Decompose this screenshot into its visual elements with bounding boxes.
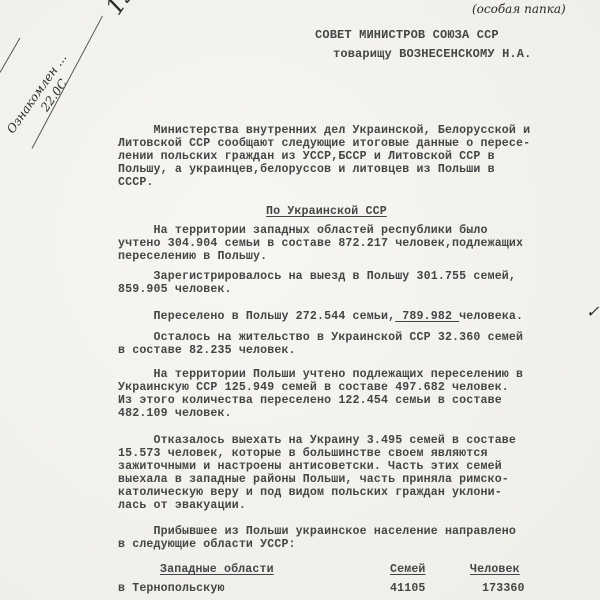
table-cell-people: 173360 bbox=[482, 582, 525, 595]
section-title: По Украинской ССР bbox=[266, 205, 387, 218]
intro-line: Литовской ССР сообщают следующие итоговы… bbox=[118, 137, 530, 150]
paragraph-line: в следующие области УССР: bbox=[118, 538, 296, 551]
table-cell-region: в Тернопольскую bbox=[118, 582, 225, 595]
checkmark-icon: ✓ bbox=[586, 302, 599, 321]
paragraph-line: выехала в западные районы Польши, часть … bbox=[118, 473, 509, 486]
paragraph-line-resettled: Переселено в Польшу 272.544 семьи, 789.9… bbox=[118, 310, 523, 323]
paragraph-line: 482.109 человек. bbox=[118, 407, 232, 420]
document-page bbox=[0, 0, 600, 600]
paragraph-line: Украинскую ССР 125.949 семей в составе 4… bbox=[118, 381, 509, 394]
paragraph-line: учтено 304.904 семьи в составе 872.217 ч… bbox=[118, 237, 523, 250]
paragraph-line: 15.573 человек, которые в большинстве св… bbox=[118, 447, 488, 460]
paragraph-line: 859.905 человек. bbox=[118, 283, 232, 296]
paragraph-line: На территории западных областей республи… bbox=[118, 224, 488, 237]
table-header-region: Западные области bbox=[160, 563, 274, 576]
paragraph-line: На территории Польши учтено подлежащих п… bbox=[118, 368, 523, 381]
intro-line: СССР. bbox=[118, 176, 154, 189]
paragraph-line: Зарегистрировалось на выезд в Польшу 301… bbox=[118, 270, 516, 283]
addressee-line-2: товарищу ВОЗНЕСЕНСКОМУ Н.А. bbox=[333, 48, 531, 61]
intro-line: лении польских граждан из УССР,БССР и Ли… bbox=[118, 150, 495, 163]
table-header-families: Семей bbox=[390, 563, 426, 576]
text-fragment: Переселено в Польшу 272.544 семьи, bbox=[118, 310, 395, 323]
table-cell-families: 41105 bbox=[390, 582, 426, 595]
paragraph-line: Из этого количества переселено 122.454 с… bbox=[118, 394, 502, 407]
paragraph-line: зажиточными и настроены антисоветски. Ча… bbox=[118, 460, 502, 473]
paragraph-line: переселению в Польшу. bbox=[118, 250, 267, 263]
paragraph-line: в составе 82.235 человек. bbox=[118, 344, 296, 357]
paragraph-line: католическую веру и под видом польских г… bbox=[118, 486, 502, 499]
text-fragment: человека. bbox=[459, 310, 523, 323]
intro-line: Польшу, а украинцев,белоруссов и литовце… bbox=[118, 163, 495, 176]
underlined-figure: 789.982 bbox=[395, 310, 459, 323]
addressee-line-1: СОВЕТ МИНИСТРОВ СОЮЗА ССР bbox=[315, 29, 499, 42]
paragraph-line: лась от эвакуации. bbox=[118, 499, 246, 512]
paragraph-line: Отказалось выехать на Украину 3.495 семе… bbox=[118, 434, 516, 447]
paragraph-line: Осталось на жительство в Украинской ССР … bbox=[118, 331, 523, 344]
table-header-people: Человек bbox=[470, 563, 520, 576]
paragraph-line: Прибывшее из Польши украинское население… bbox=[118, 525, 516, 538]
classification-stamp: (особая папка) bbox=[472, 2, 566, 16]
intro-line: Министерства внутренних дел Украинской, … bbox=[118, 124, 530, 137]
